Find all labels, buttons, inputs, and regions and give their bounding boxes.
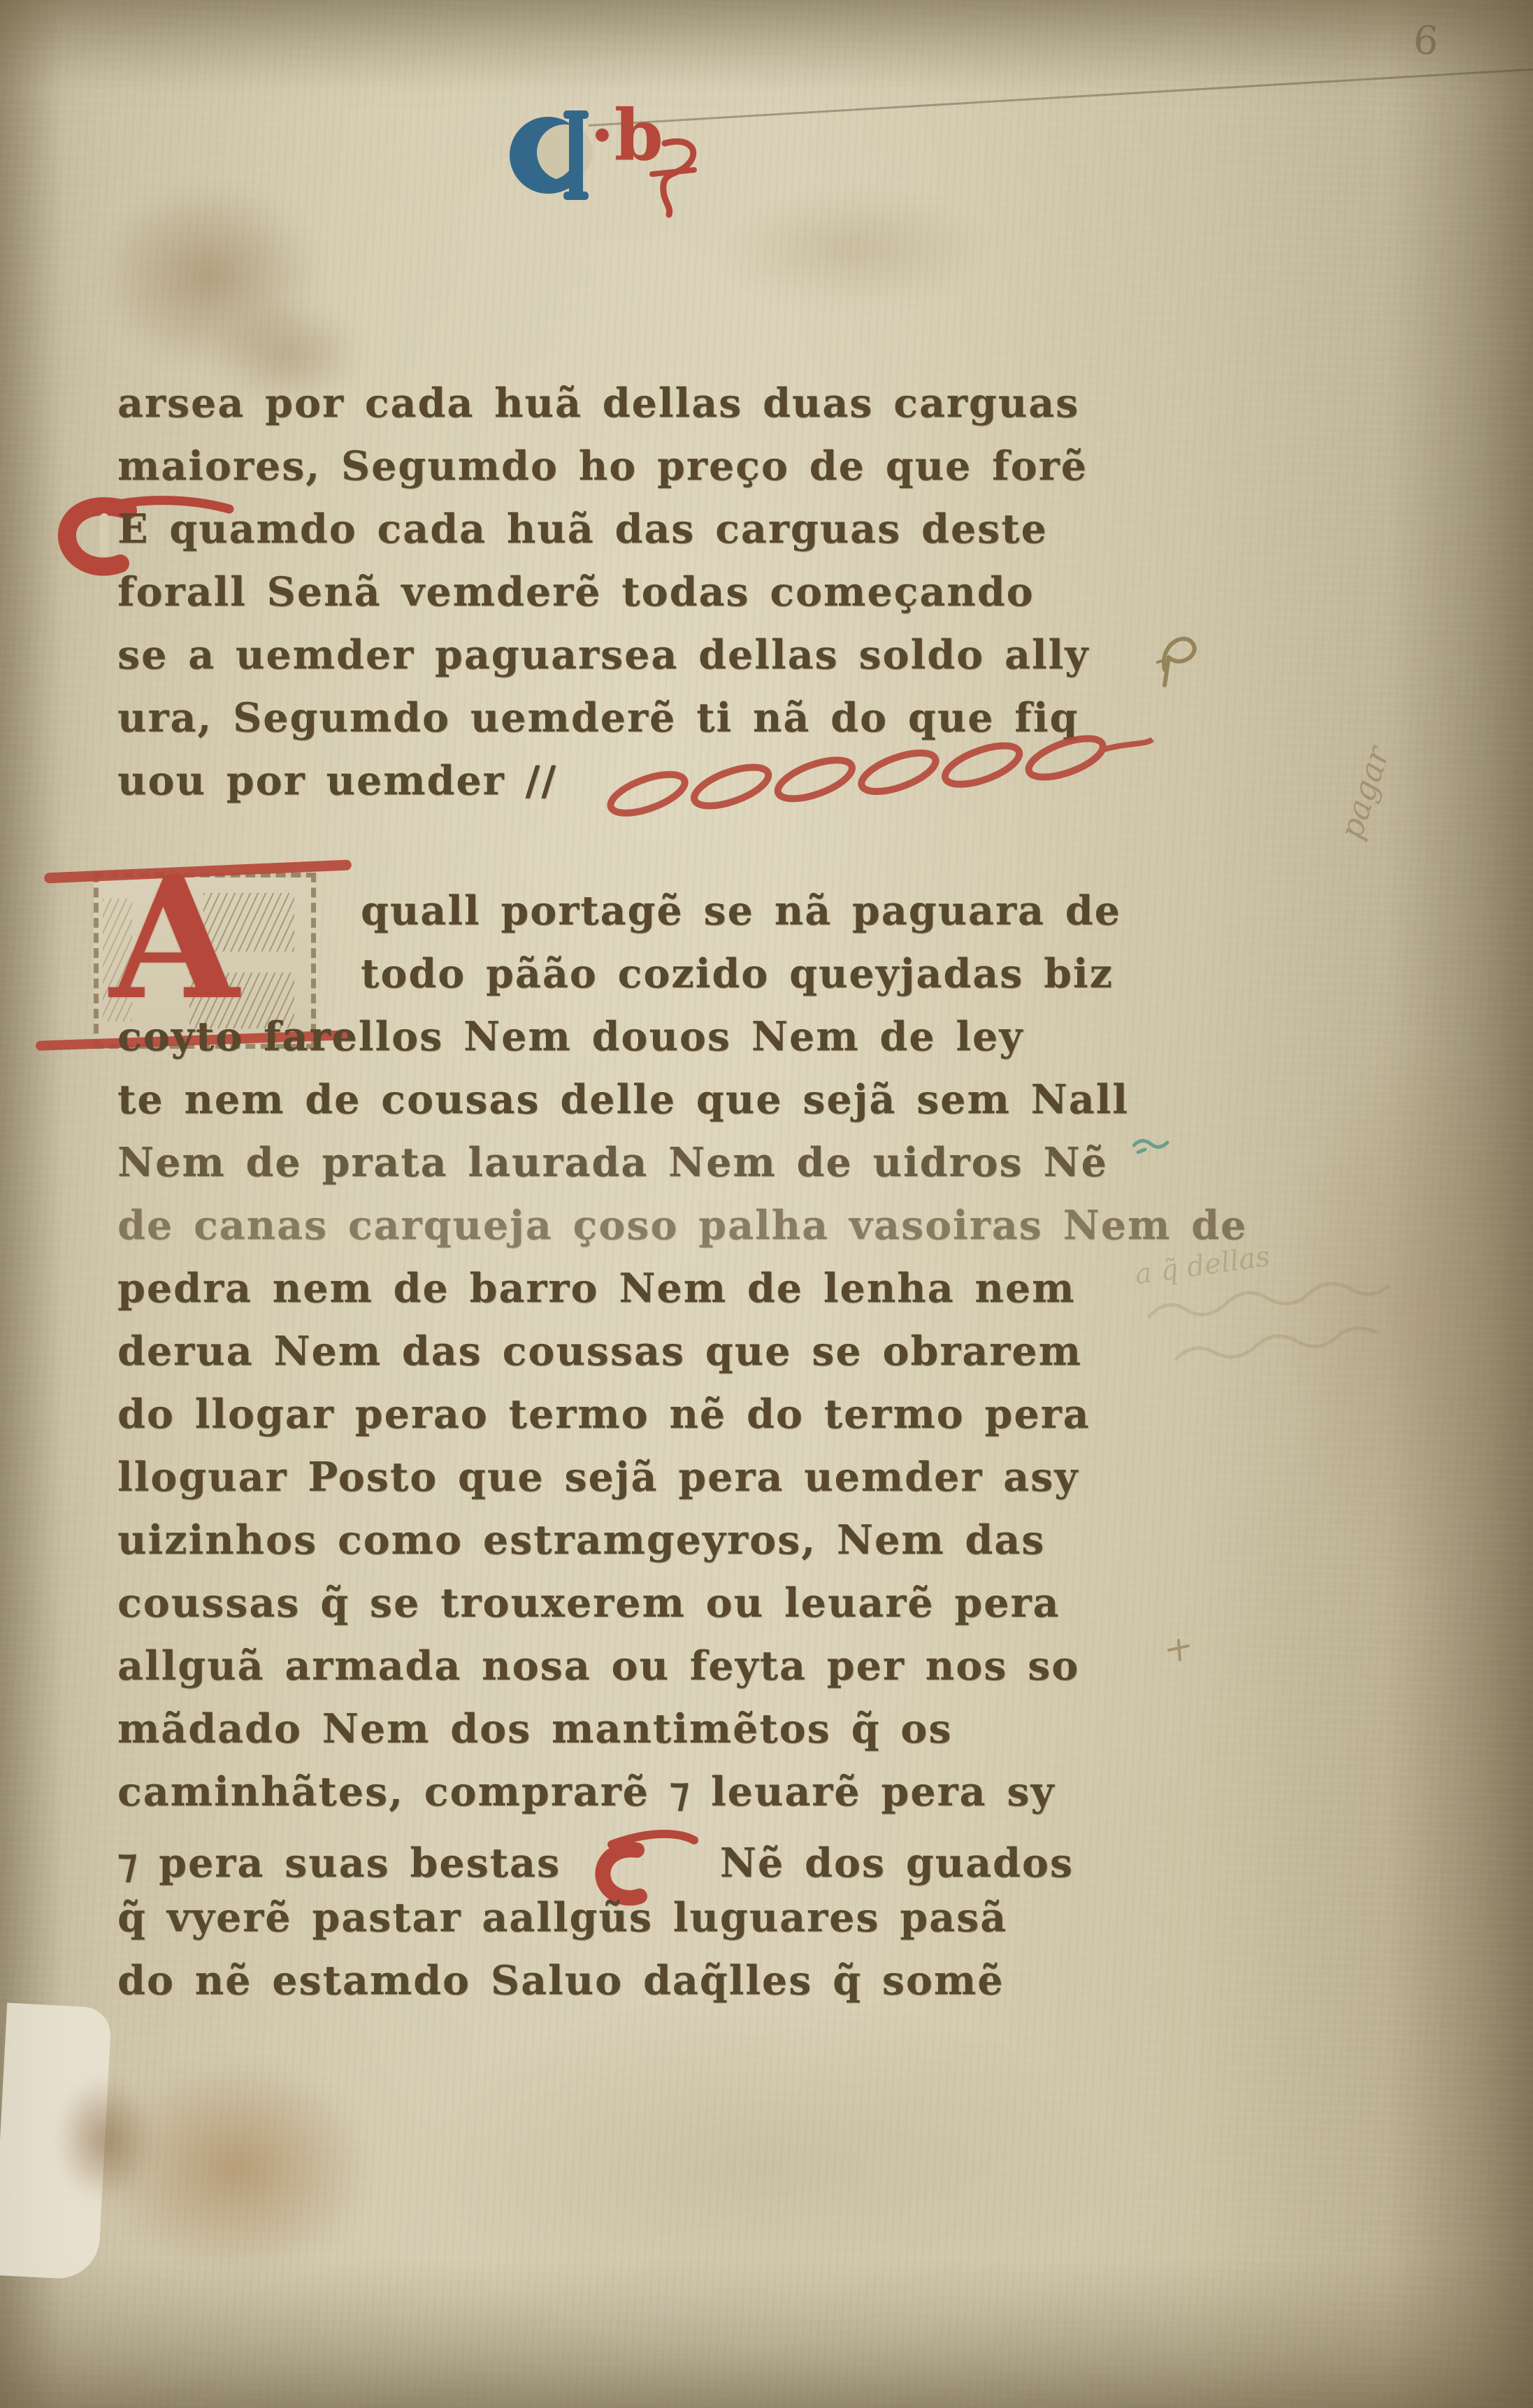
stain-right-mid [1286,1049,1533,1580]
quire-signature-mark: ·b [508,98,689,224]
right-edge-shade [1386,0,1533,2408]
top-edge-shade [0,0,1533,91]
left-edge-shade [0,0,63,2408]
manuscript-page: 6 ·b A [0,0,1533,2408]
teal-ink-mark-icon [1132,1134,1174,1155]
text-line: maiores, Segumdo ho preço de que forẽ [117,435,1187,498]
text-line: uizinhos como estramgeyros, Nem das [117,1509,1187,1572]
quire-mark-blue-letter-icon [508,98,598,217]
rubricated-segment: Nẽ dos guados [720,1840,1074,1886]
torn-patch-bottom-left [0,2002,112,2280]
faded-note-squiggle-icon [1137,1246,1470,1395]
stain-bottom-left [98,2056,377,2279]
text-line: coyto farellos Nem douos Nem de ley [117,1005,1187,1068]
text-line: coussas q̃ se trouxerem ou leuarẽ pera [117,1572,1187,1635]
parchment-hairline [589,69,1533,127]
text-line: de canas carqueja çoso palha vasoiras Ne… [117,1194,1187,1257]
text-line: do nẽ estamdo Saluo daq̃lles q̃ somẽ [117,1949,1187,2012]
stain-bottom-center [433,2000,1097,2335]
text-line: derua Nem das coussas que se obrarem [117,1320,1187,1383]
text-line: lloguar Posto que sejã pera uemder asy [117,1446,1187,1509]
red-knot-line-filler-icon [597,738,1158,823]
text-line: te nem de cousas delle que sejã sem Nall [117,1068,1187,1131]
text-line: do llogar perao termo nẽ do termo pera [117,1383,1187,1446]
marginal-note-vertical: pagar [1332,742,1397,844]
text-line: pedra nem de barro Nem de lenha nem [117,1257,1187,1320]
text-line: E quamdo cada huã das carguas deste [117,498,1187,561]
quire-mark-red-flourish-icon [651,136,714,220]
text-line: ⁊ pera suas bestas Nẽ dos guados [117,1823,1187,1886]
text-line: q̃ vyerẽ pastar aallgũs luguares pasã [117,1886,1187,1949]
text-line: caminhãtes, comprarẽ ⁊ leuarẽ pera sy [117,1761,1187,1823]
text-line: uou por uemder // [117,750,1187,812]
margin-correction-mark-icon [1155,626,1211,689]
text-line-segment: uou por uemder // [117,757,557,804]
stain-bottom-left-dark [56,2077,154,2202]
stain-top-center [720,189,986,308]
margin-tick-mark-icon [1165,1636,1193,1664]
text-line: se a uemder paguarsea dellas soldo ally [117,624,1187,687]
text-line: todo pãão cozido queyjadas biz [117,943,1187,1005]
text-line: forall Senã vemderẽ todas começando [117,561,1187,624]
text-line: arsea por cada huã dellas duas carguas [117,372,1187,435]
text-line: allguã armada nosa ou feyta per nos so [117,1635,1187,1698]
text-line: Nem de prata laurada Nem de uidros Nẽ [117,1131,1187,1194]
stain-top-left [98,182,322,371]
text-line: quall portagẽ se nã paguara de [117,880,1187,943]
text-line-segment: ⁊ pera suas bestas [117,1840,561,1886]
text-line: ura, Segumdo uemderẽ ti nã do que fiq [117,687,1187,750]
text-line: mãdado Nem dos mantimẽtos q̃ os [117,1698,1187,1761]
text-block: A arsea por cada huã dellas duas carguas… [117,372,1187,2012]
folio-number: 6 [1412,17,1440,64]
bottom-edge-shade [0,2258,1533,2408]
